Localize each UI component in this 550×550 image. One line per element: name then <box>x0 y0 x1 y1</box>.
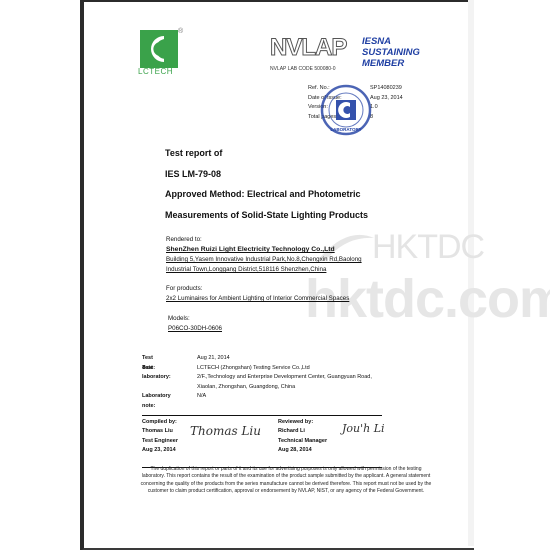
client-address-line2: Industrial Town,Longgang District,518116… <box>166 265 362 275</box>
iesna-member-badge: IESNA SUSTAINING MEMBER <box>362 36 420 69</box>
compiled-by-block: Compiled by: Thomas Liu Test Engineer Au… <box>142 418 178 456</box>
models-label: Models: <box>168 314 222 324</box>
lab-note-value: N/A <box>197 392 206 402</box>
svg-text:LABORATORY: LABORATORY <box>330 127 361 132</box>
compiled-by-date: Aug 23, 2014 <box>142 446 178 455</box>
date-of-issue-value: Aug 23, 2014 <box>370 94 403 104</box>
reviewed-signature: Jou'h Li <box>342 422 385 435</box>
reviewed-by-name: Richard Li <box>278 427 327 436</box>
client-company: ShenZhen Ruizi Light Electricity Technol… <box>166 245 362 255</box>
disclaimer-text: The duplication of this report or parts … <box>140 466 432 495</box>
iesna-line: SUSTAINING <box>362 47 420 58</box>
registered-mark: ® <box>178 28 183 35</box>
nvlap-lab-code: NVLAP LAB CODE 500080-0 <box>270 66 336 72</box>
title-test-report-of: Test report of <box>165 148 222 158</box>
compiled-by-title: Test Engineer <box>142 437 178 446</box>
test-lab-label: Test laboratory: <box>142 364 171 383</box>
models-value: P06CO-30DH-0606 <box>168 324 222 334</box>
compiled-by-label: Compiled by: <box>142 418 178 427</box>
models-section: Models: P06CO-30DH-0606 <box>168 314 222 334</box>
test-lab-name: LCTECH (Zhongshan) Testing Service Co.,L… <box>197 364 310 374</box>
test-lab-address2: Xiaolan, Zhongshan, Guangdong, China <box>197 383 295 393</box>
title-method-line2: Measurements of Solid-State Lighting Pro… <box>165 210 368 220</box>
products-label: For products: <box>166 284 349 294</box>
rendered-to-label: Rendered to: <box>166 235 362 245</box>
divider-top <box>142 415 382 416</box>
reviewed-by-block: Reviewed by: Richard Li Technical Manage… <box>278 418 327 456</box>
products-value: 2x2 Luminaires for Ambient Lighting of I… <box>166 294 349 304</box>
iesna-line: IESNA <box>362 36 420 47</box>
watermark-hktdc: HKTDC <box>372 228 484 267</box>
ref-no-value: SP14080239 <box>370 84 403 94</box>
title-standard: IES LM-79-08 <box>165 169 221 179</box>
version-value: 1.0 <box>370 103 403 113</box>
lctech-logo-icon <box>140 30 178 68</box>
nvlap-logo: NVLAP <box>270 34 346 62</box>
reviewed-by-date: Aug 28, 2014 <box>278 446 327 455</box>
reference-values: SP14080239 Aug 23, 2014 1.0 8 <box>370 84 403 122</box>
rendered-to-section: Rendered to: ShenZhen Ruizi Light Electr… <box>166 235 362 275</box>
iesna-line: MEMBER <box>362 58 420 69</box>
total-pages-value: 8 <box>370 113 403 123</box>
lab-note-label: Laboratory note: <box>142 392 171 411</box>
title-method-line1: Approved Method: Electrical and Photomet… <box>165 189 361 199</box>
lctech-logo-text: LCTECH <box>138 67 173 76</box>
reviewed-by-label: Reviewed by: <box>278 418 327 427</box>
products-section: For products: 2x2 Luminaires for Ambient… <box>166 284 349 304</box>
test-lab-address1: 2/F.,Technology and Enterprise Developme… <box>197 373 372 383</box>
compiled-signature: Thomas Liu <box>190 424 261 438</box>
laboratory-stamp-icon: LABORATORY <box>320 84 372 136</box>
test-date-value: Aug 21, 2014 <box>197 354 230 364</box>
client-address-line1: Building 5,Yasem Innovative Industrial P… <box>166 255 362 265</box>
reviewed-by-title: Technical Manager <box>278 437 327 446</box>
compiled-by-name: Thomas Liu <box>142 427 178 436</box>
